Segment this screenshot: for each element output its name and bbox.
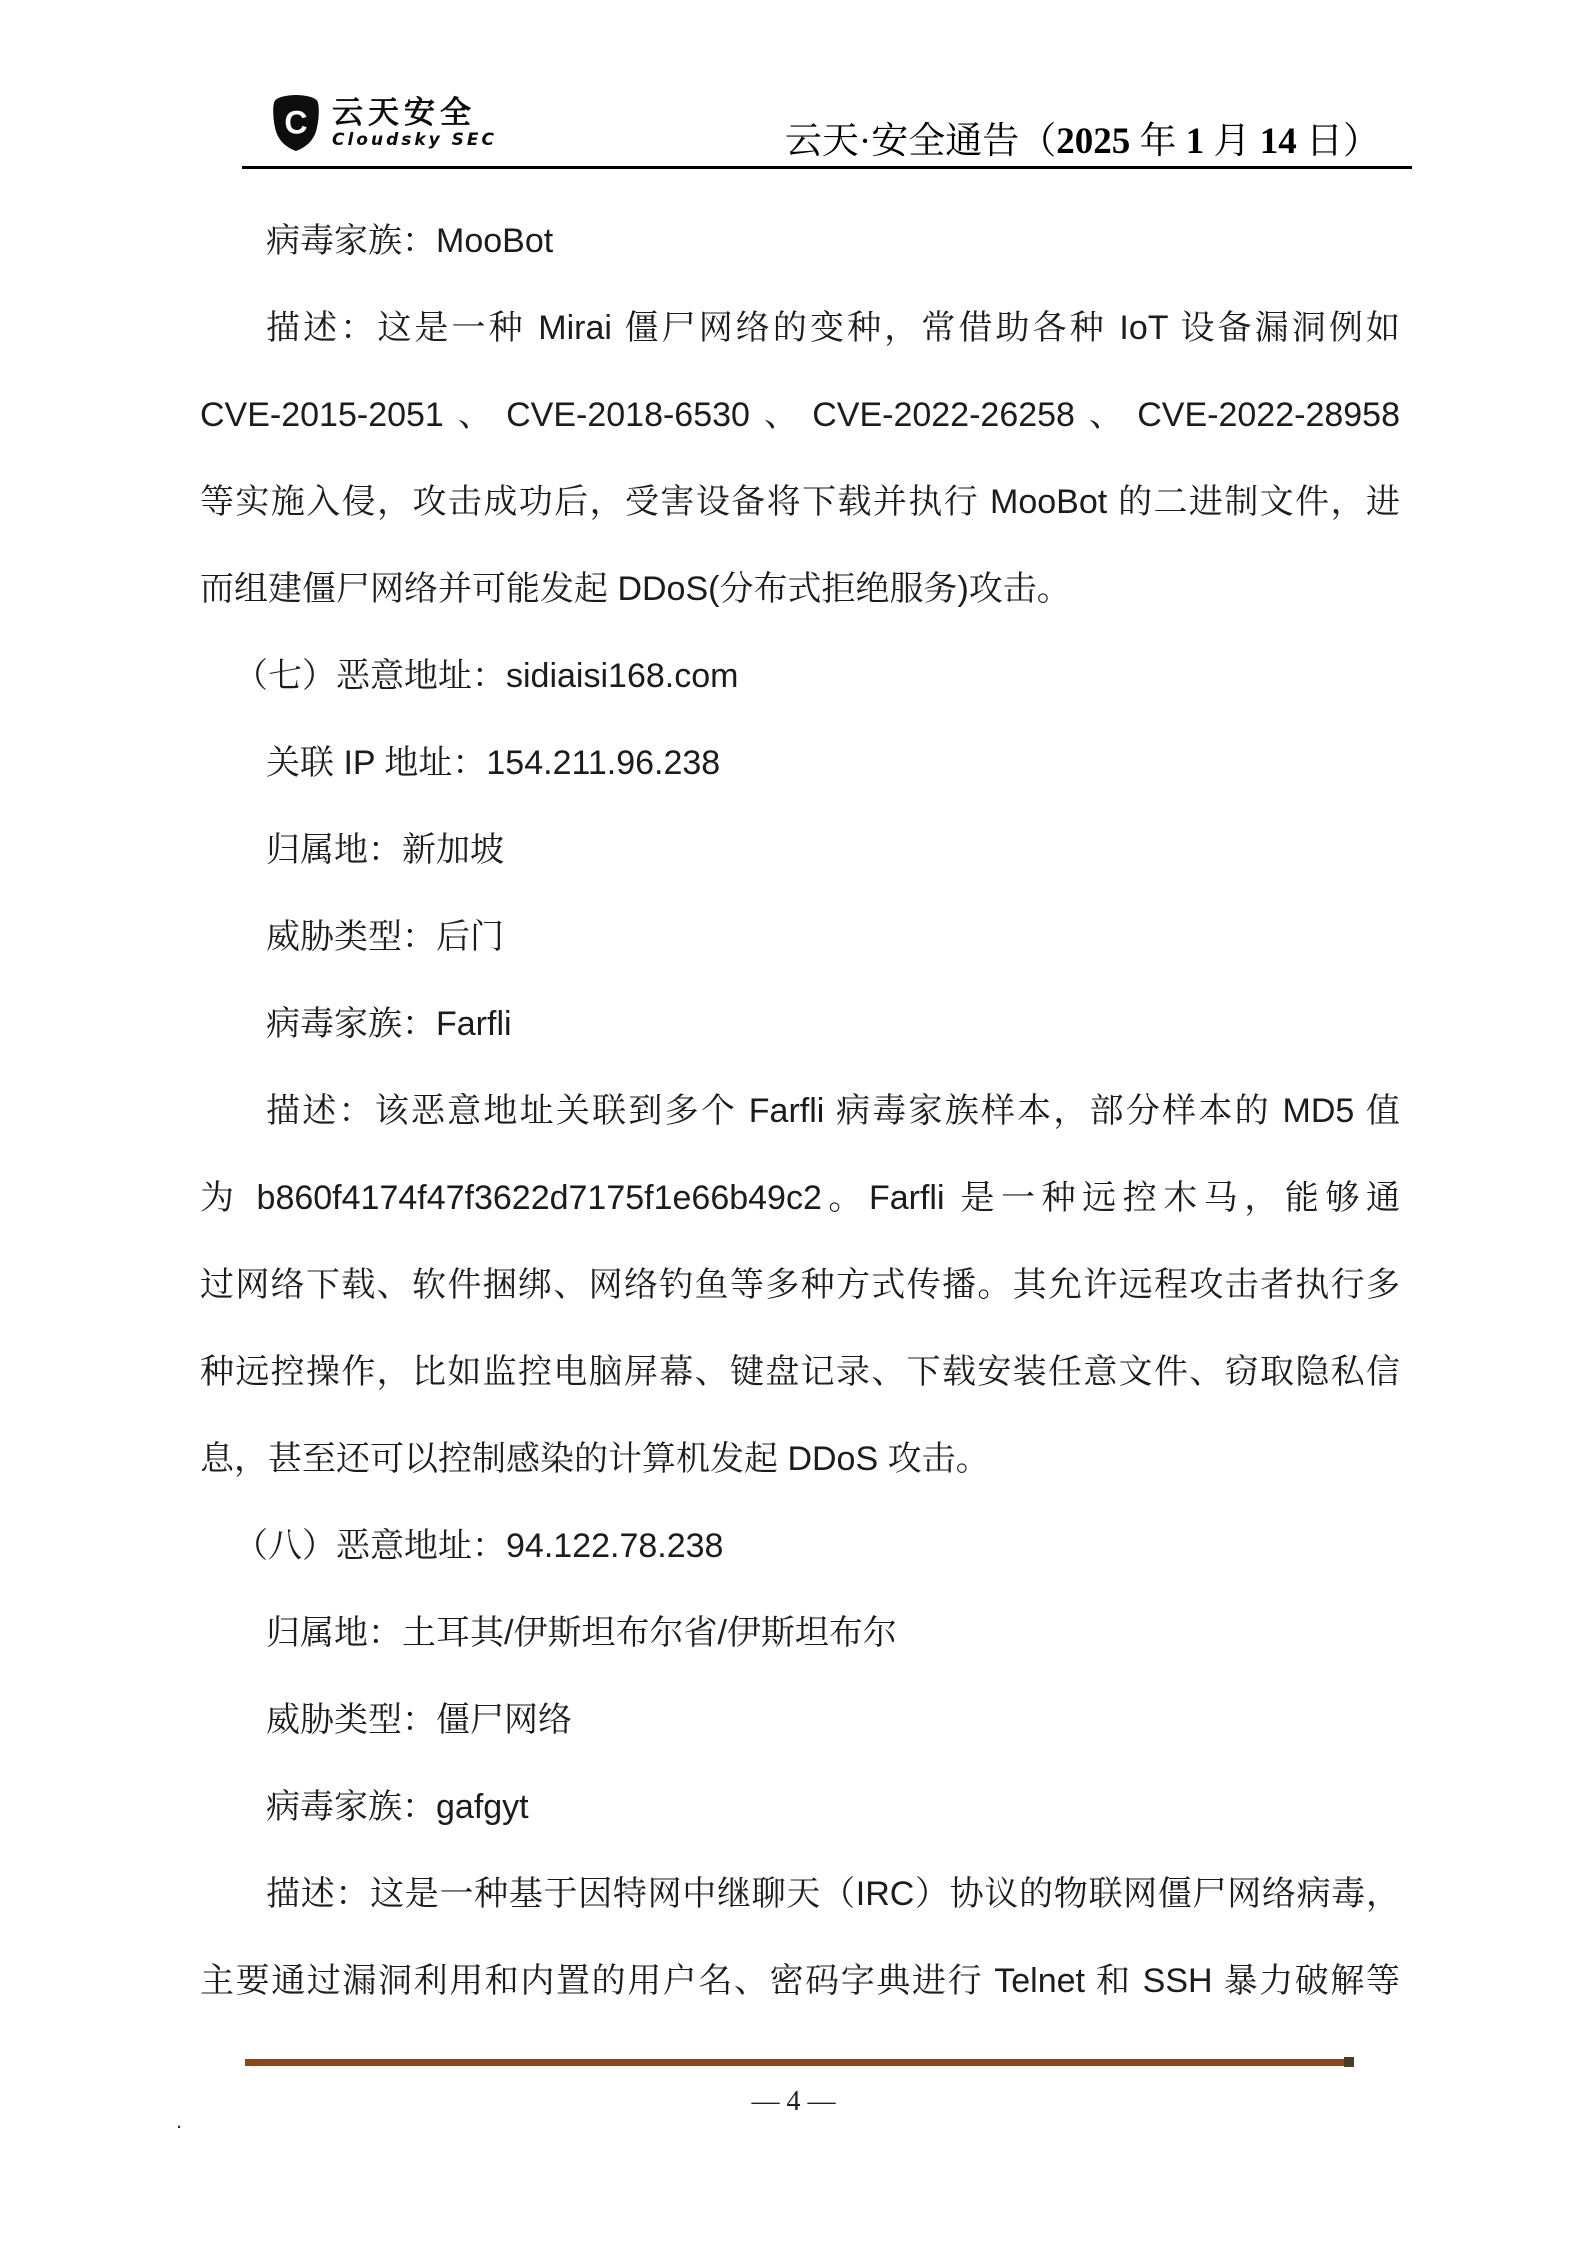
title-segment-bold: 1 [1186,121,1205,162]
shield-c-logo-icon: C [270,94,322,152]
title-segment: 云天·安全通告（ [785,121,1056,162]
body-line: 病毒家族：Farfli [200,981,1400,1068]
body-line: 等实施入侵，攻击成功后，受害设备将下载并执行 MooBot 的二进制文件，进 [200,459,1400,546]
body-line: （八）恶意地址：94.122.78.238 [200,1503,1400,1590]
body-line: 过网络下载、软件捆绑、网络钓鱼等多种方式传播。其允许远程攻击者执行多 [200,1242,1400,1329]
bulletin-title: 云天·安全通告（2025 年 1 月 14 日） [480,110,1380,164]
body-line: 归属地：新加坡 [200,807,1400,894]
title-segment-bold: 14 [1260,121,1297,162]
logo-text-block: 云天安全 Cloudsky SEC [332,96,497,150]
body-line: 关联 IP 地址：154.211.96.238 [200,720,1400,807]
body-line: 描述：这是一种基于因特网中继聊天（IRC）协议的物联网僵尸网络病毒， [200,1851,1400,1938]
body-line: 描述：这是一种 Mirai 僵尸网络的变种，常借助各种 IoT 设备漏洞例如 [200,285,1400,372]
title-segment: 日） [1297,121,1380,162]
header-rule [242,166,1412,169]
body-line: 为 b860f4174f47f3622d7175f1e66b49c2。Farfl… [200,1155,1400,1242]
body-line: 威胁类型：僵尸网络 [200,1677,1400,1764]
body-line: 归属地：土耳其/伊斯坦布尔省/伊斯坦布尔 [200,1590,1400,1677]
body-line: 息，甚至还可以控制感染的计算机发起 DDoS 攻击。 [200,1416,1400,1503]
body-line: 主要通过漏洞利用和内置的用户名、密码字典进行 Telnet 和 SSH 暴力破解… [200,1938,1400,2025]
company-logo: C 云天安全 Cloudsky SEC [270,94,497,152]
title-segment: 年 [1130,121,1186,162]
document-page: { "page": { "width": 1587, "height": 224… [0,0,1587,2245]
body-line: 病毒家族：MooBot [200,198,1400,285]
body-line: 而组建僵尸网络并可能发起 DDoS(分布式拒绝服务)攻击。 [200,546,1400,633]
page-number: — 4 — [0,2086,1587,2118]
title-segment-bold: 2025 [1056,121,1130,162]
body-line: 描述：该恶意地址关联到多个 Farfli 病毒家族样本，部分样本的 MD5 值 [200,1068,1400,1155]
svg-text:C: C [284,104,307,140]
document-body: 病毒家族：MooBot描述：这是一种 Mirai 僵尸网络的变种，常借助各种 I… [200,198,1400,2025]
body-line: 威胁类型：后门 [200,894,1400,981]
body-line: （七）恶意地址：sidiaisi168.com [200,633,1400,720]
body-line: 病毒家族：gafgyt [200,1764,1400,1851]
footer-rule [245,2059,1347,2066]
footer-rule-end-cap [1344,2057,1354,2067]
body-line: 种远控操作，比如监控电脑屏幕、键盘记录、下载安装任意文件、窃取隐私信 [200,1329,1400,1416]
logo-subtitle: Cloudsky SEC [332,130,497,150]
title-segment: 月 [1204,121,1260,162]
logo-title: 云天安全 [332,96,497,130]
body-line: CVE-2015-2051、CVE-2018-6530、CVE-2022-262… [200,372,1400,459]
